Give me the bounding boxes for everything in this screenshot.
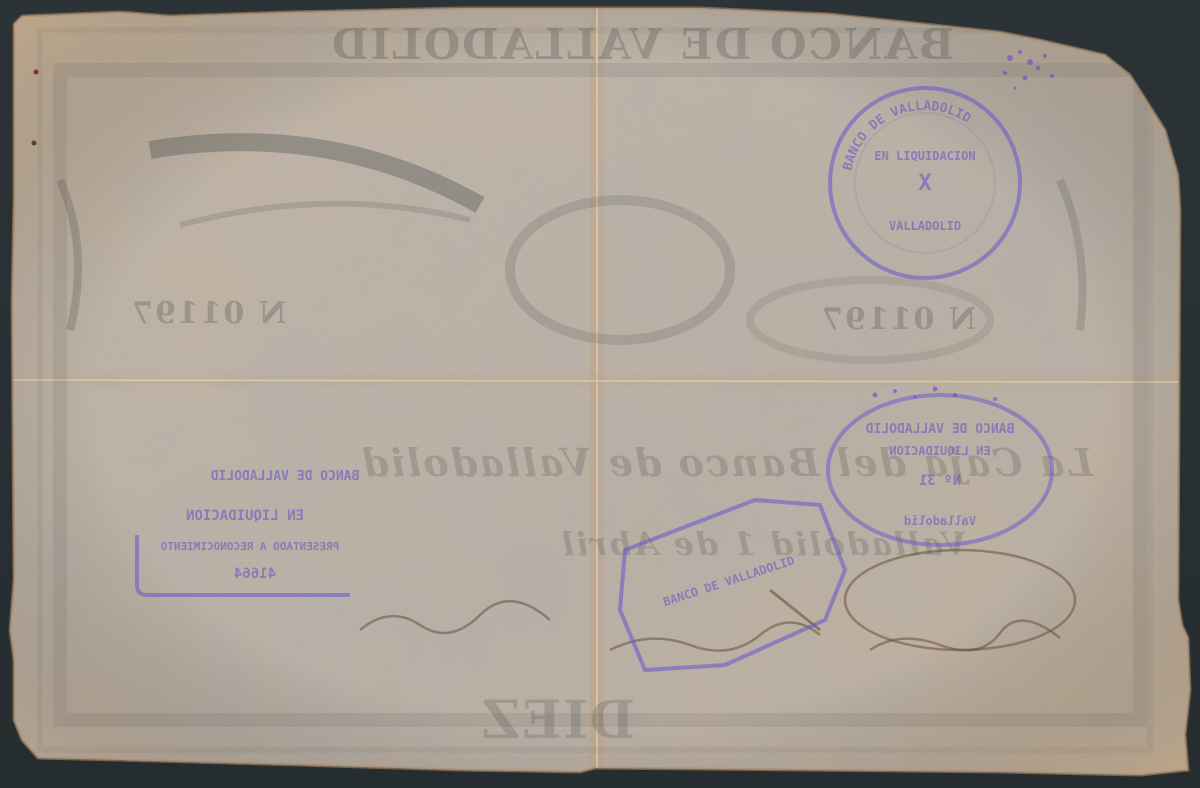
svg-text:BANCO DE VALLADOLID: BANCO DE VALLADOLID [865,422,1014,437]
rect-stamp-left: BANCO DE VALLADOLID EN LIQUIDACION PRESE… [125,445,365,605]
svg-text:EN LIQUIDACION: EN LIQUIDACION [874,149,975,163]
svg-text:BANCO DE VALLADOLID: BANCO DE VALLADOLID [210,469,359,484]
banknote: BANCO DE VALLADOLID N 01197 N 01197 La C… [0,0,1200,788]
svg-text:Nº 31: Nº 31 [919,473,961,489]
svg-text:PRESENTADO A RECONOCIMIENTO: PRESENTADO A RECONOCIMIENTO [160,540,339,553]
svg-text:EN LIQUIDACION: EN LIQUIDACION [889,444,990,458]
svg-text:VALLADOLID: VALLADOLID [889,219,961,233]
svg-text:EN LIQUIDACION: EN LIQUIDACION [186,508,304,524]
round-stamp-top-right: BANCO DE VALLADOLID EN LIQUIDACION X VAL… [820,80,1030,285]
svg-text:Valladolid: Valladolid [904,514,976,528]
octagon-stamp-center: BANCO DE VALLADOLID [605,490,855,680]
ink-splatter [990,38,1080,108]
svg-text:BANCO DE VALLADOLID: BANCO DE VALLADOLID [661,553,796,609]
svg-text:41664: 41664 [234,566,276,582]
svg-text:X: X [918,171,931,196]
